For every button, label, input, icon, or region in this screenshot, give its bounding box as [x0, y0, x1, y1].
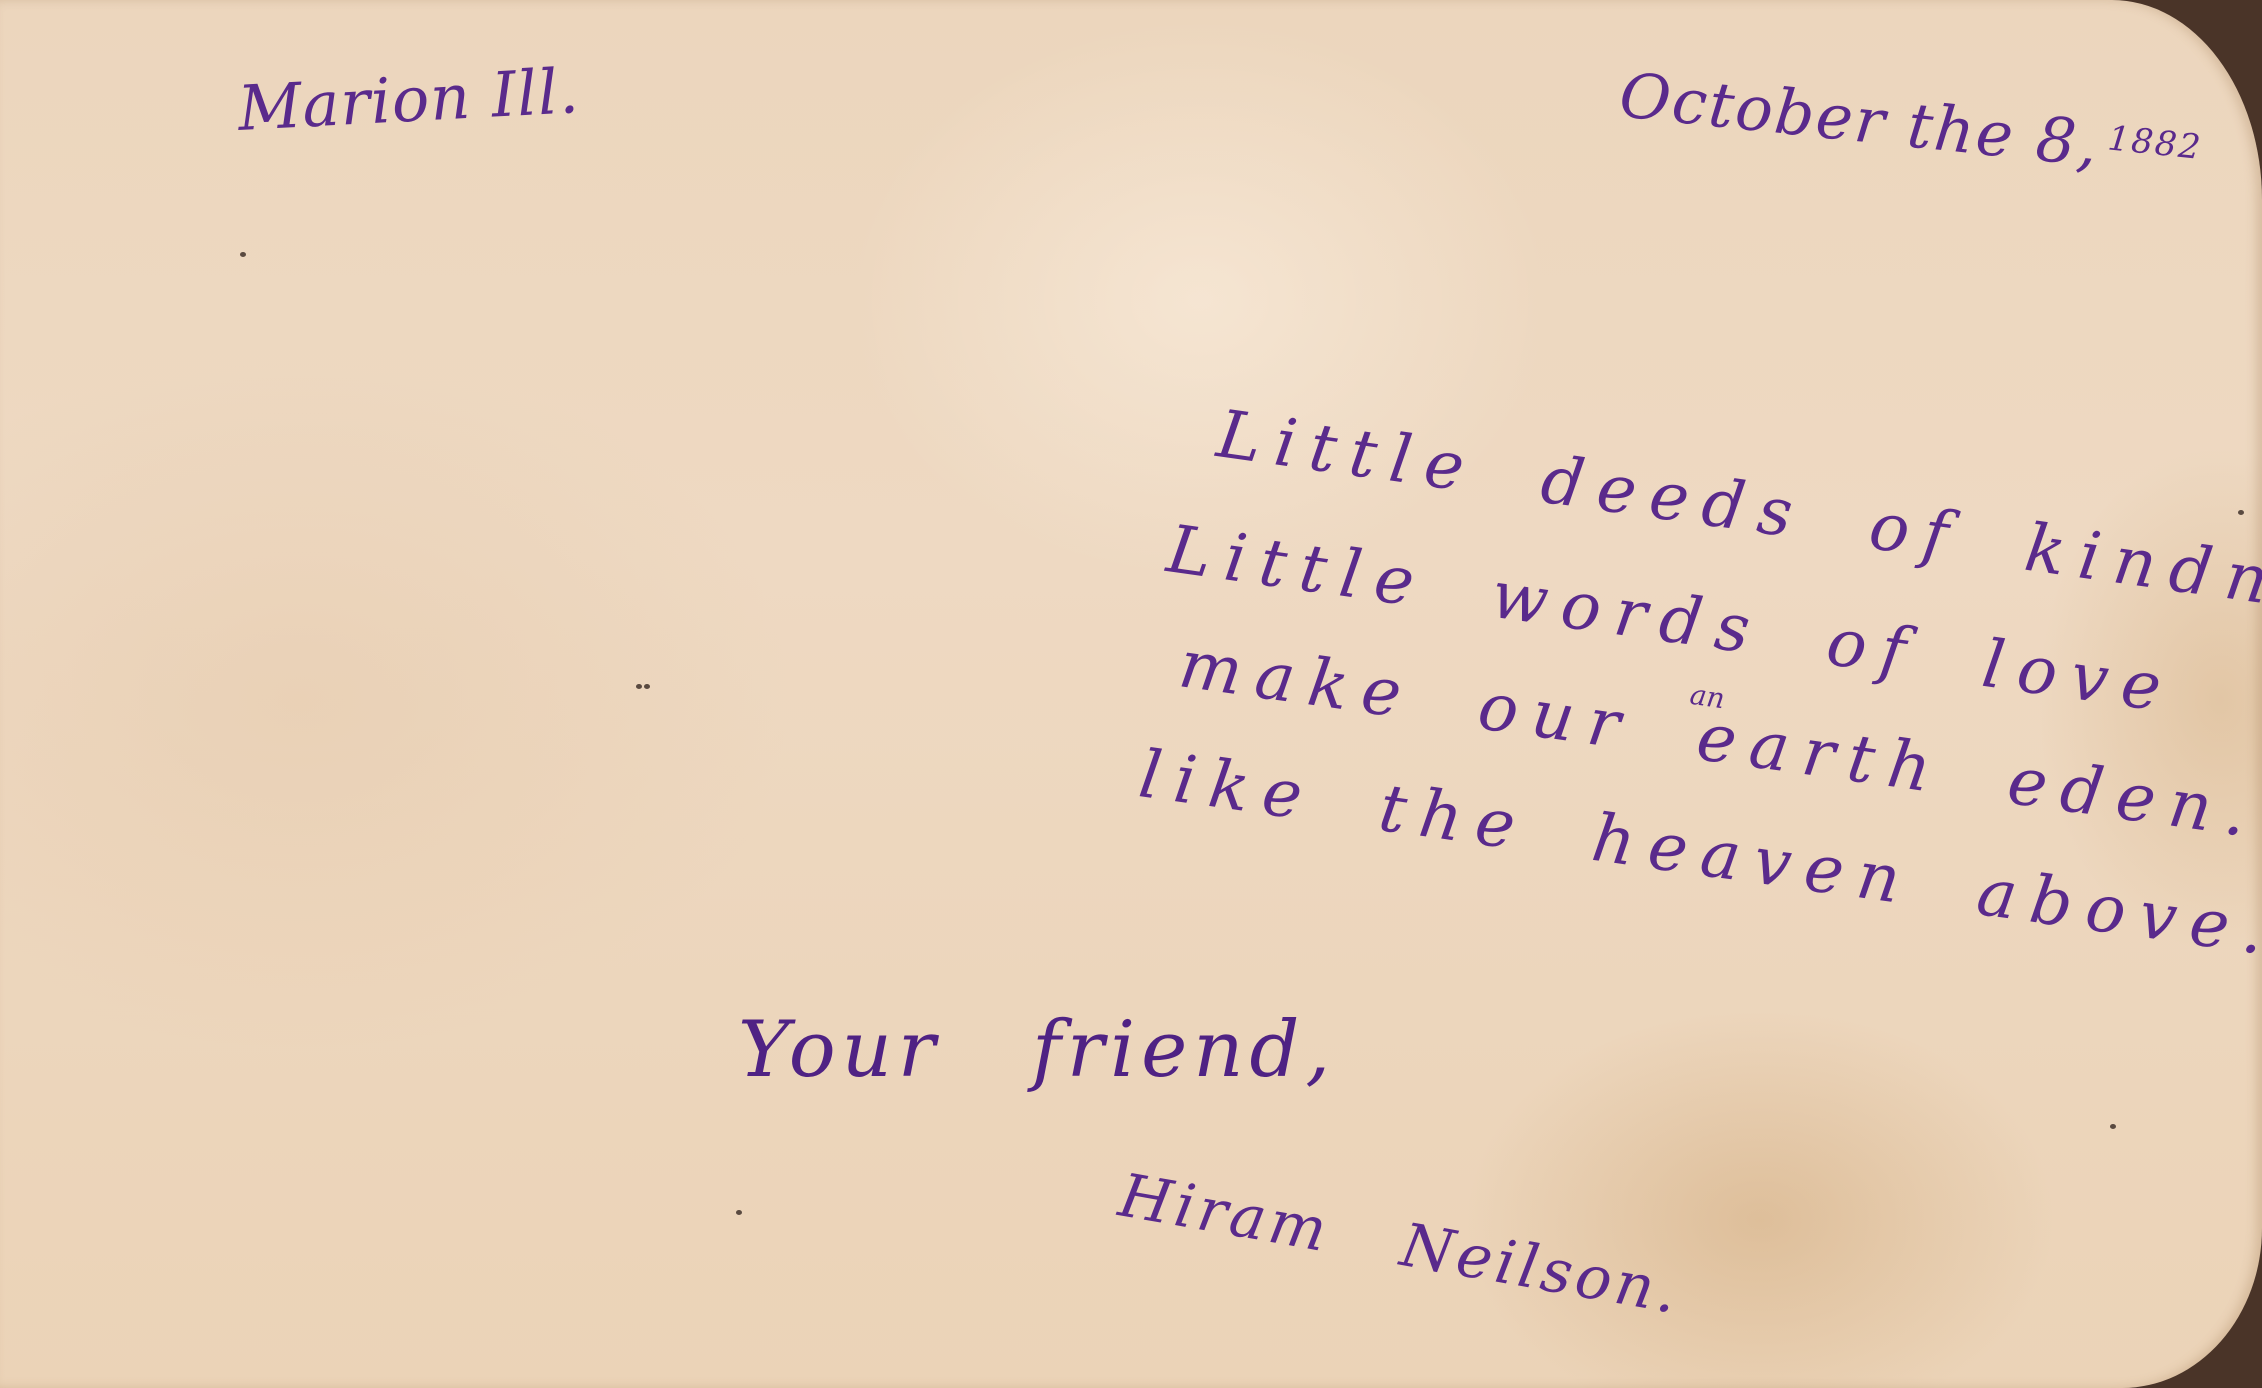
- paper-speck: [240, 252, 246, 257]
- paper-speck: [636, 684, 642, 689]
- scanned-page-frame: Marion Ill. October the 8,1882 Little de…: [0, 0, 2262, 1388]
- date-text: October the 8,: [1616, 58, 2103, 181]
- place-heading: Marion Ill.: [236, 54, 581, 145]
- paper-speck: [2110, 1124, 2116, 1129]
- paper-speck: [2238, 510, 2244, 515]
- date-line: October the 8,1882: [1616, 58, 2205, 192]
- closing-line: Your friend,: [738, 1005, 1336, 1095]
- paper-speck: [644, 684, 650, 689]
- paper-speck: [736, 1210, 742, 1215]
- date-year: 1882: [2106, 118, 2204, 168]
- album-page: Marion Ill. October the 8,1882 Little de…: [0, 0, 2262, 1388]
- signature: Hiram Neilson.: [1114, 1161, 1686, 1329]
